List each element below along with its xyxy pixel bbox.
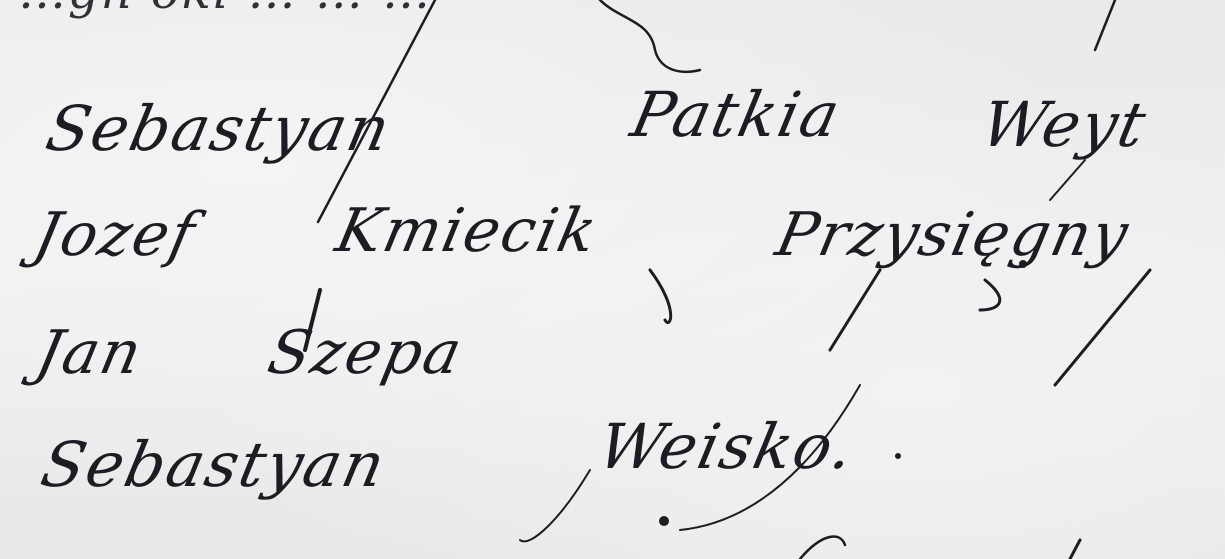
title-weyt: Weyt	[975, 88, 1154, 161]
name-jan: Jan	[30, 318, 149, 388]
name-jozef: Jozef	[28, 200, 202, 270]
surname-weisko: Weisko.	[592, 410, 862, 483]
title-przysiegny: Przysięgny	[770, 200, 1136, 270]
partial-top-line: …gn oki … … …	[18, 0, 432, 20]
surname-szepa: Szepa	[262, 318, 469, 388]
name-sebastyan-2: Sebastyan	[35, 428, 393, 501]
name-sebastyan-1: Sebastyan	[40, 92, 398, 165]
surname-kmiecik: Kmiecik	[330, 196, 604, 266]
manuscript-page: …gn oki … … … Sebastyan Patkia Weyt Joze…	[0, 0, 1225, 559]
surname-patkia: Patkia	[625, 78, 848, 151]
